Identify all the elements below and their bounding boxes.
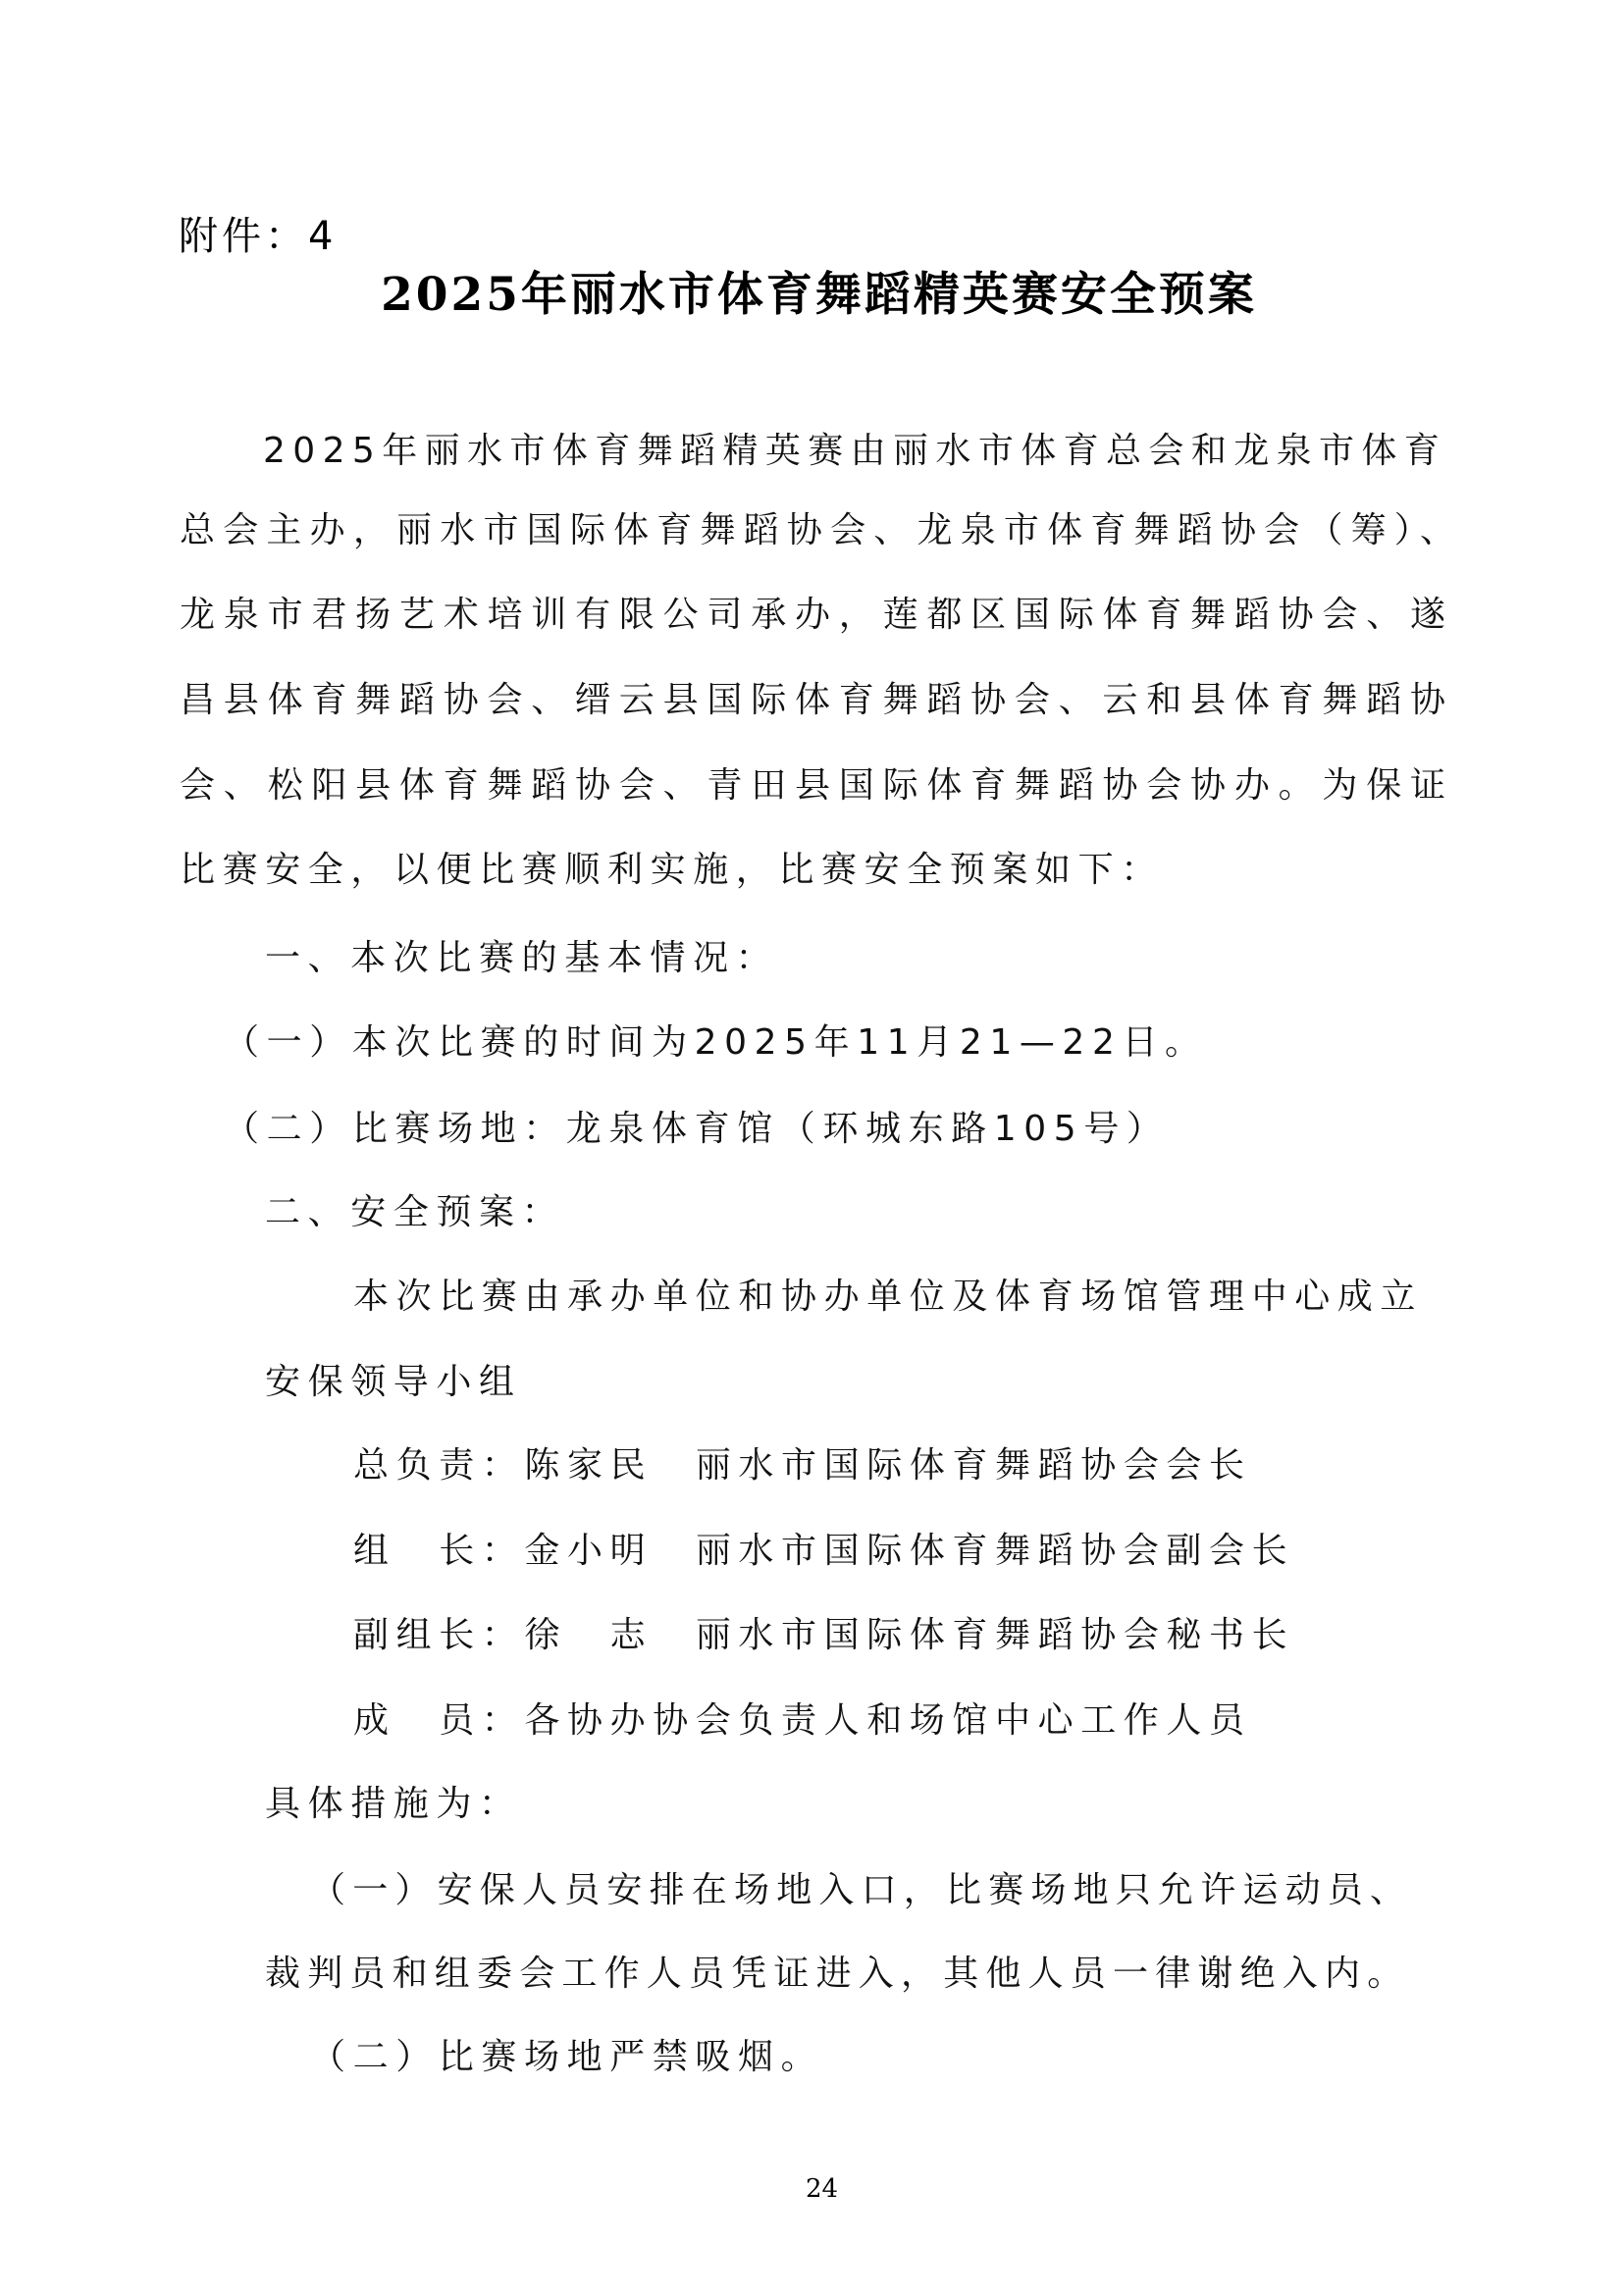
intro-line: 总会主办，丽水市国际体育舞蹈协会、龙泉市体育舞蹈协会（筹）、 <box>180 508 1455 553</box>
section-heading: 二、安全预案： <box>265 1190 564 1235</box>
document-title: 2025年丽水市体育舞蹈精英赛安全预案 <box>0 267 1624 324</box>
leadership-title: 丽水市国际体育舞蹈协会会长 <box>696 1445 1252 1486</box>
intro-line: 昌县体育舞蹈协会、缙云县国际体育舞蹈协会、云和县体育舞蹈协 <box>180 678 1445 723</box>
leadership-spacer <box>653 1615 696 1655</box>
leadership-role: 成 员： <box>353 1700 524 1741</box>
section-heading: 一、本次比赛的基本情况： <box>265 936 778 981</box>
section-intro-line: 安保领导小组 <box>265 1360 522 1405</box>
leadership-row: 组 长：金小明 丽水市国际体育舞蹈协会副会长 <box>353 1529 1294 1574</box>
leadership-row: 总负责：陈家民 丽水市国际体育舞蹈协会会长 <box>353 1443 1252 1488</box>
document-page: 附件：4 2025年丽水市体育舞蹈精英赛安全预案 2025年丽水市体育舞蹈精英赛… <box>0 0 1624 2295</box>
measures-line: 裁判员和组委会工作人员凭证进入，其他人员一律谢绝入内。 <box>265 1952 1409 1997</box>
leadership-row: 副组长：徐 志 丽水市国际体育舞蹈协会秘书长 <box>353 1613 1294 1658</box>
intro-line: 会、松阳县体育舞蹈协会、青田县国际体育舞蹈协会协办。为保证 <box>180 763 1445 808</box>
section-item: （一）本次比赛的时间为2025年11月21—22日。 <box>224 1020 1208 1066</box>
leadership-title: 丽水市国际体育舞蹈协会秘书长 <box>696 1615 1294 1655</box>
section-item: （二）比赛场地：龙泉体育馆（环城东路105号） <box>224 1107 1170 1152</box>
leadership-name: 陈家民 <box>524 1445 653 1486</box>
measures-line: （一）安保人员安排在场地入口，比赛场地只允许运动员、 <box>310 1868 1412 1913</box>
leadership-role: 副组长： <box>353 1615 524 1655</box>
section-intro-line: 本次比赛由承办单位和协办单位及体育场馆管理中心成立 <box>353 1275 1423 1320</box>
leadership-spacer <box>653 1531 696 1571</box>
page-number: 24 <box>0 2172 1624 2206</box>
leadership-title: 各协办协会负责人和场馆中心工作人员 <box>524 1700 1251 1741</box>
intro-line: 龙泉市君扬艺术培训有限公司承办，莲都区国际体育舞蹈协会、遂 <box>180 593 1445 638</box>
attachment-label: 附件：4 <box>179 212 337 261</box>
leadership-spacer <box>653 1445 696 1486</box>
leadership-name: 徐 志 <box>524 1615 653 1655</box>
leadership-role: 总负责： <box>353 1445 524 1486</box>
measures-heading: 具体措施为： <box>265 1782 522 1827</box>
measures-line: （二）比赛场地严禁吸烟。 <box>310 2035 823 2080</box>
leadership-name: 金小明 <box>524 1531 653 1571</box>
leadership-row: 成 员：各协办协会负责人和场馆中心工作人员 <box>353 1698 1252 1744</box>
intro-line: 2025年丽水市体育舞蹈精英赛由丽水市体育总会和龙泉市体育 <box>263 429 1446 474</box>
leadership-role: 组 长： <box>353 1531 524 1571</box>
intro-line: 比赛安全，以便比赛顺利实施，比赛安全预案如下： <box>180 848 1164 893</box>
leadership-title: 丽水市国际体育舞蹈协会副会长 <box>696 1531 1294 1571</box>
